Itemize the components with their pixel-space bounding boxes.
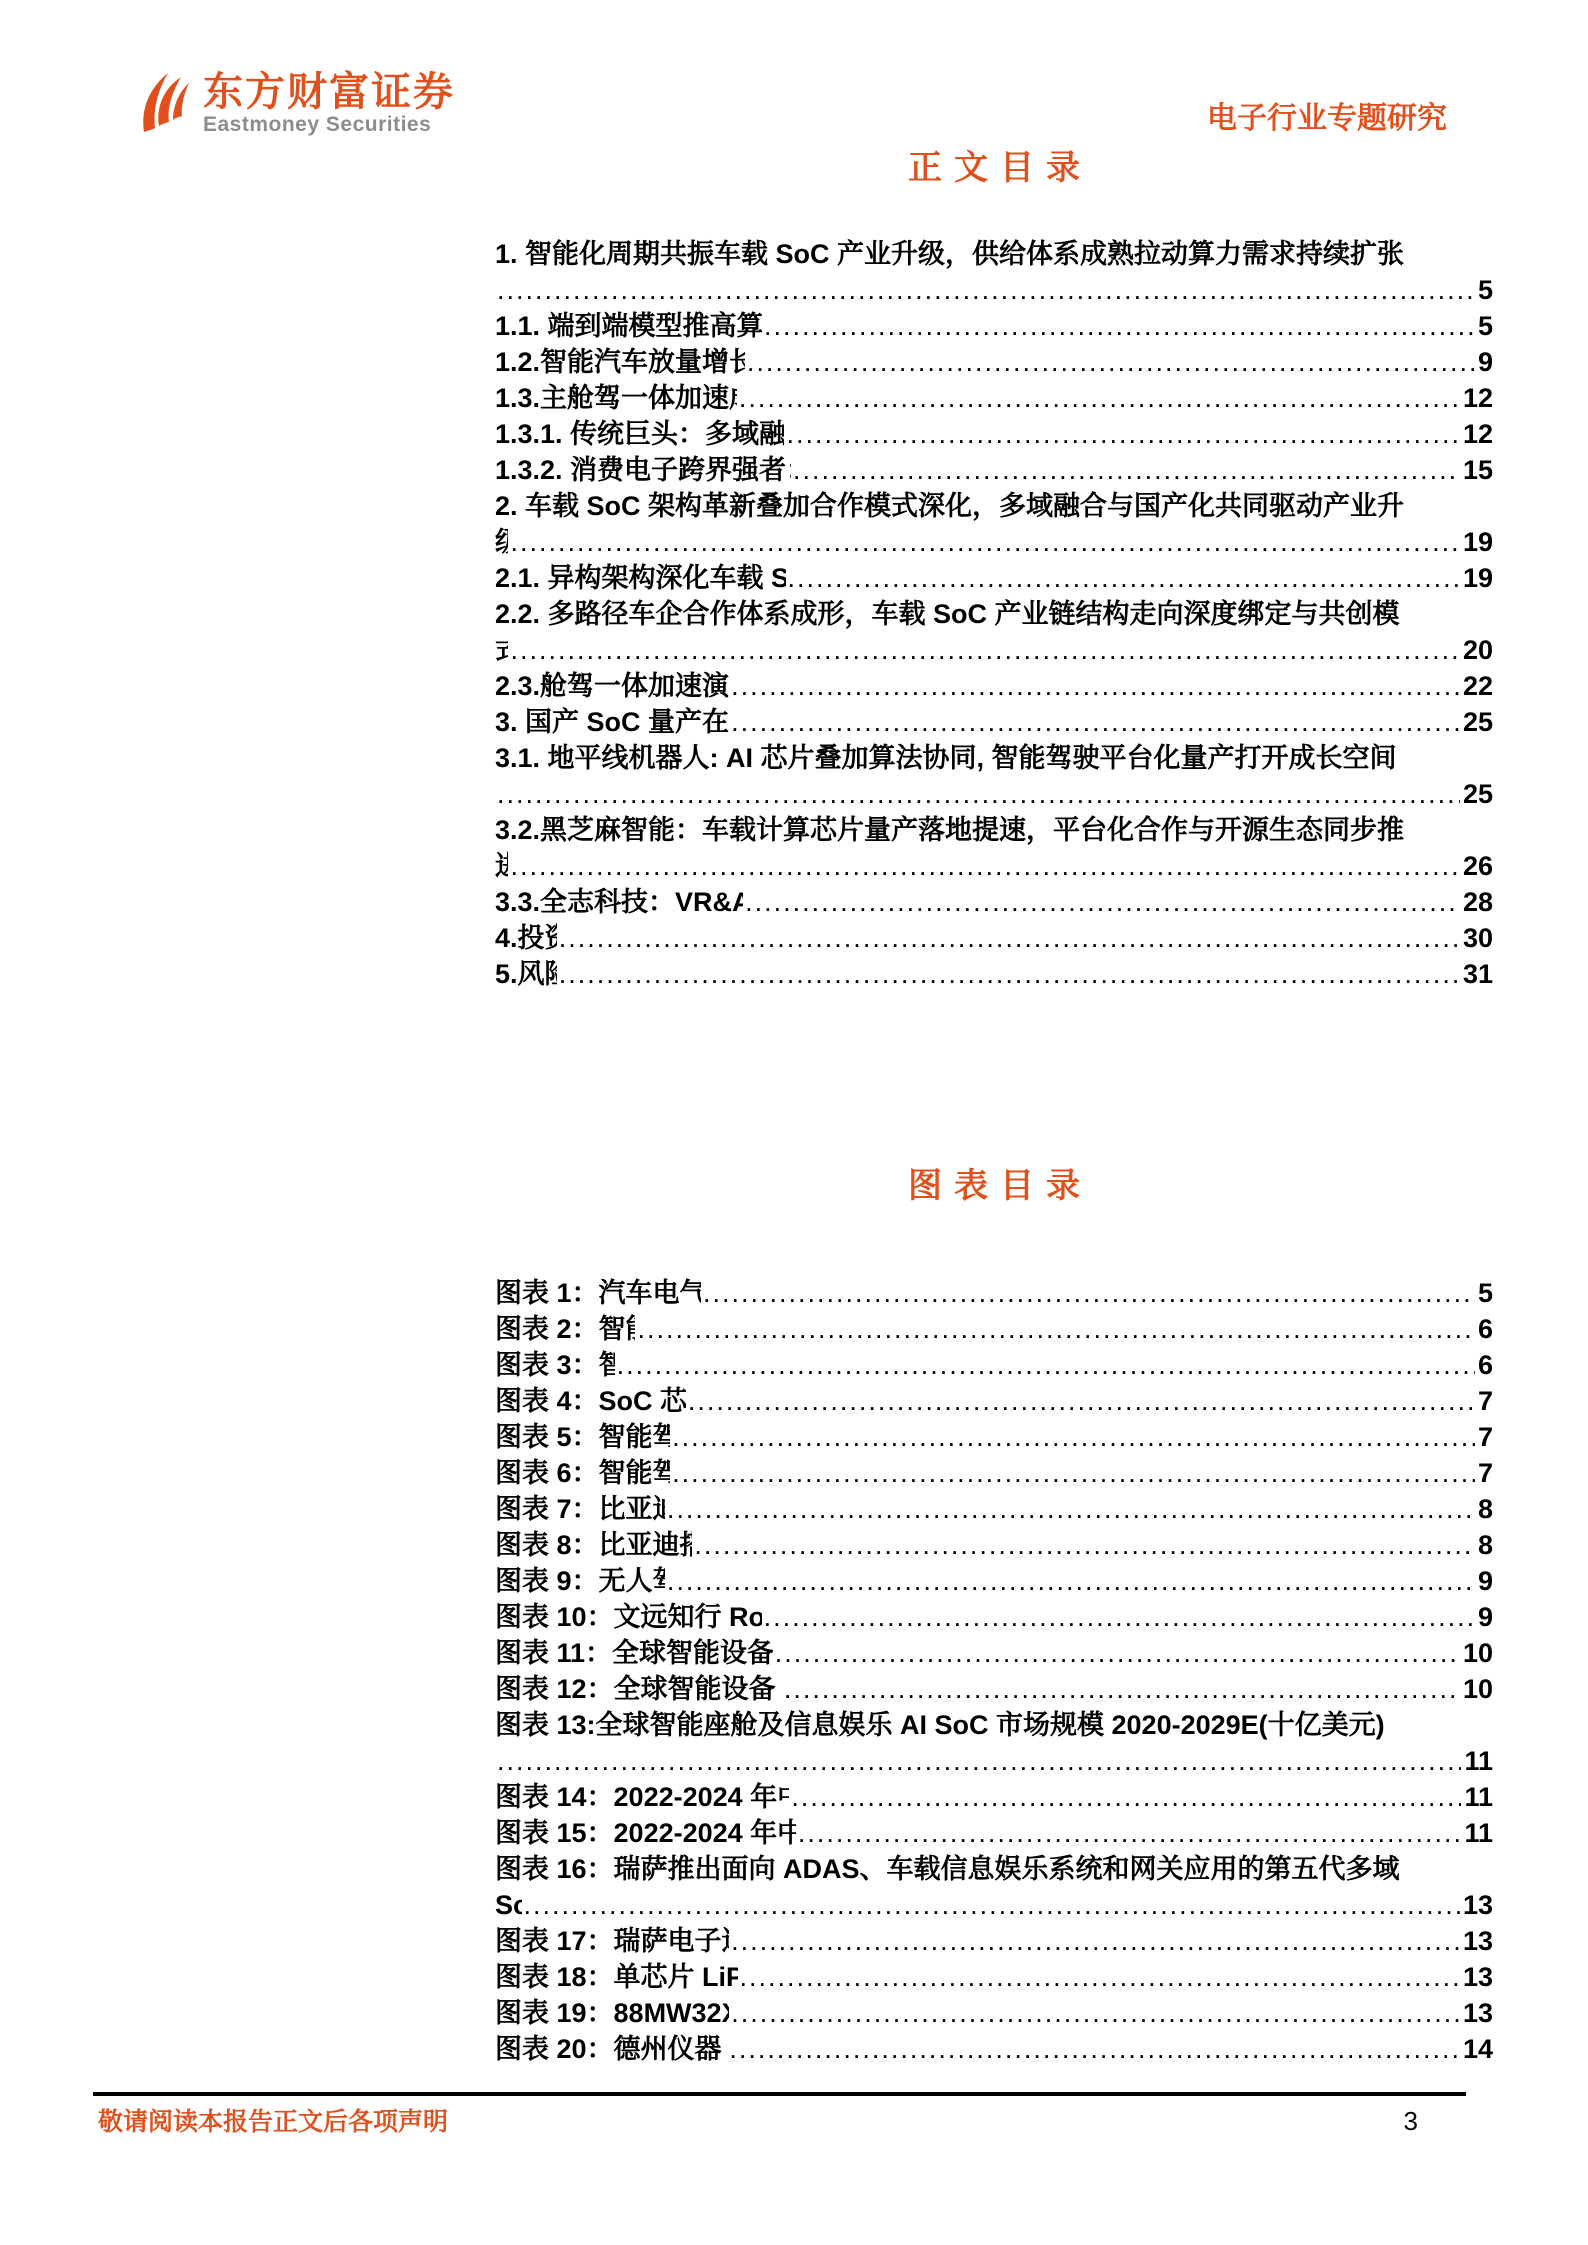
dot-leader (692, 1527, 1475, 1563)
dot-leader (615, 1347, 1475, 1383)
main-toc-section: 正文目录 1. 智能化周期共振车载 SoC 产业升级，供给体系成熟拉动算力需求持… (495, 150, 1493, 992)
figure-entry-text: SoC (495, 1887, 522, 1923)
page-ref: 14 (1460, 2031, 1493, 2067)
dot-leader (508, 848, 1459, 884)
toc-entry[interactable]: 3.2.黑芝麻智能：车载计算芯片量产落地提速，平台化合作与开源生态同步推进26 (495, 812, 1493, 884)
figure-entry[interactable]: 图表 4：SoC 芯片在智能汽车里的应用7 (495, 1383, 1493, 1419)
toc-entry[interactable]: 4.投资建议30 (495, 920, 1493, 956)
figure-entry[interactable]: 图表 8：比亚迪搭载“天神之眼”匹配车型8 (495, 1527, 1493, 1563)
toc-entry[interactable]: 1.3.主舱驾一体加速成型，一芯多屏推动车载交互升级12 (495, 380, 1493, 416)
page-ref: 11 (1461, 1815, 1493, 1851)
footer-page-number: 3 (1404, 2106, 1466, 2137)
toc-entry[interactable]: 2.1. 异构架构深化车载 SoC 性能边界，多模块协同驱动多域融合落地19 (495, 560, 1493, 596)
toc-entry[interactable]: 2. 车载 SoC 架构革新叠加合作模式深化，多域融合与国产化共同驱动产业升级1… (495, 488, 1493, 560)
figure-entry[interactable]: 图表 13:全球智能座舱及信息娱乐 AI SoC 市场规模 2020-2029E… (495, 1707, 1493, 1779)
toc-entry[interactable]: 3. 国产 SoC 量产在即：性能迭代与商业确定性增强25 (495, 704, 1493, 740)
toc-entry[interactable]: 1.2.智能汽车放量增长，汽车电子与 SoC 需求同步扩容9 (495, 344, 1493, 380)
toc-entry[interactable]: 1.3.1. 传统巨头：多域融合持续深化，车载 SoC 平台化能力全面强化12 (495, 416, 1493, 452)
brand-name-en: Eastmoney Securities (203, 114, 455, 136)
toc-entry[interactable]: 2.3.舱驾一体加速演进，一芯多屏重塑座舱交互范式22 (495, 668, 1493, 704)
figure-entry[interactable]: 图表 10：文远知行 Robotaxi 在全球 4 个国家 9 个城市落地9 (495, 1599, 1493, 1635)
page-ref: 25 (1460, 776, 1493, 812)
dot-leader (729, 704, 1460, 740)
main-toc-title: 正文目录 (495, 150, 1493, 188)
page-ref: 6 (1475, 1347, 1493, 1383)
toc-entry[interactable]: 1.1. 端到端模型推高算力门槛，车载 SoC 进入高集成加速期5 (495, 308, 1493, 344)
toc-entry-text: 3. 国产 SoC 量产在即：性能迭代与商业确定性增强 (495, 704, 729, 740)
page-ref: 9 (1475, 344, 1493, 380)
page-ref: 7 (1475, 1455, 1493, 1491)
figure-toc-title: 图表目录 (495, 1168, 1493, 1206)
toc-entry-text: 1.1. 端到端模型推高算力门槛，车载 SoC 进入高集成加速期 (495, 308, 762, 344)
page-ref: 6 (1475, 1311, 1493, 1347)
figure-entry[interactable]: 图表 7：比亚迪“天神之眼”硬件图8 (495, 1491, 1493, 1527)
dot-leader (782, 1671, 1460, 1707)
page-ref: 10 (1460, 1635, 1493, 1671)
figure-entry-text: 图表 11：全球智能设备 SoC 市场规模 2020-2029E（十亿美元） (495, 1635, 773, 1671)
figure-entry-text: 图表 3：智驾三大层级 (495, 1347, 615, 1383)
page-footer: 敬请阅读本报告正文后各项声明 3 (93, 2092, 1466, 2138)
page-ref: 19 (1460, 524, 1493, 560)
dot-leader (495, 272, 1475, 308)
eastmoney-flame-icon (140, 70, 190, 136)
dot-leader (495, 776, 1460, 812)
figure-entry[interactable]: 图表 17：瑞萨电子适合每个细分市场的 R-Car 平台13 (495, 1923, 1493, 1959)
dot-leader (670, 1455, 1475, 1491)
toc-entry[interactable]: 3.3.全志科技：VR&AR 一站式方案与高增业绩驱动发展28 (495, 884, 1493, 920)
page-ref: 25 (1460, 704, 1493, 740)
toc-entry-text: 2.2. 多路径车企合作体系成形，车载 SoC 产业链结构走向深度绑定与共创模 (495, 596, 1493, 632)
dot-leader (508, 524, 1459, 560)
figure-entry-text: 图表 20：德州仪器 DRA821U-Q1 SoC 芯片结构图 (495, 2031, 727, 2067)
dot-leader (557, 920, 1460, 956)
brand-logo: 东方财富证券 Eastmoney Securities (140, 70, 455, 136)
toc-entry[interactable]: 3.1. 地平线机器人: AI 芯片叠加算法协同, 智能驾驶平台化量产打开成长空… (495, 740, 1493, 812)
dot-leader (743, 884, 1460, 920)
dot-leader (727, 2031, 1460, 2067)
figure-entry[interactable]: 图表 20：德州仪器 DRA821U-Q1 SoC 芯片结构图14 (495, 2031, 1493, 2067)
page-ref: 13 (1460, 1887, 1493, 1923)
page-ref: 12 (1460, 380, 1493, 416)
dot-leader (773, 1635, 1460, 1671)
figure-entry-text: 图表 16：瑞萨推出面向 ADAS、车载信息娱乐系统和网关应用的第五代多域 (495, 1851, 1493, 1887)
page-ref: 9 (1475, 1563, 1493, 1599)
toc-entry-text: 1.2.智能汽车放量增长，汽车电子与 SoC 需求同步扩容 (495, 344, 745, 380)
toc-entry-text: 3.2.黑芝麻智能：车载计算芯片量产落地提速，平台化合作与开源生态同步推 (495, 812, 1493, 848)
toc-entry-text: 进 (495, 848, 508, 884)
dot-leader (635, 1311, 1474, 1347)
figure-entry[interactable]: 图表 2：智能驾驶等级分类6 (495, 1311, 1493, 1347)
figure-toc-list: 图表 1：汽车电气架构，由分部到集中发展5图表 2：智能驾驶等级分类6图表 3：… (495, 1275, 1493, 2067)
footer-disclaimer: 敬请阅读本报告正文后各项声明 (98, 2102, 448, 2138)
figure-entry-text: 图表 15：2022-2024 年中国智能汽车座舱 SoC 不同纳米制程出货量占… (495, 1815, 796, 1851)
page-ref: 26 (1460, 848, 1493, 884)
page-ref: 5 (1475, 272, 1493, 308)
dot-leader (701, 1275, 1475, 1311)
dot-leader (665, 1563, 1475, 1599)
brand-name-cn: 东方财富证券 (203, 70, 455, 114)
toc-entry-text: 级 (495, 524, 508, 560)
dot-leader (786, 560, 1460, 596)
toc-entry-text: 2.3.舱驾一体加速演进，一芯多屏重塑座舱交互范式 (495, 668, 729, 704)
page-ref: 20 (1460, 632, 1493, 668)
page-ref: 7 (1475, 1383, 1493, 1419)
figure-entry[interactable]: 图表 15：2022-2024 年中国智能汽车座舱 SoC 不同纳米制程出货量占… (495, 1815, 1493, 1851)
toc-entry-text: 1.3.2. 消费电子跨界强者：舱驾融合路径清晰，高算力智驾 SoC 平台化 (495, 452, 791, 488)
dot-leader (729, 668, 1460, 704)
figure-entry[interactable]: 图表 9：无人驾驶多元化应用场景9 (495, 1563, 1493, 1599)
toc-entry[interactable]: 1. 智能化周期共振车载 SoC 产业升级，供给体系成熟拉动算力需求持续扩张5 (495, 236, 1493, 308)
figure-entry-text: 图表 19：88MW32X 802.11n Wi-Fi®微控制器 SoC (495, 1995, 729, 2031)
figure-entry-text: 图表 13:全球智能座舱及信息娱乐 AI SoC 市场规模 2020-2029E… (495, 1707, 1493, 1743)
dot-leader (762, 1599, 1475, 1635)
page-ref: 9 (1475, 1599, 1493, 1635)
dot-leader (729, 1995, 1460, 2031)
dot-leader (729, 1923, 1460, 1959)
page-ref: 28 (1460, 884, 1493, 920)
footer-divider (93, 2092, 1466, 2096)
figure-entry[interactable]: 图表 6：智能驾驶 SoC 芯片结构图7 (495, 1455, 1493, 1491)
dot-leader (762, 308, 1475, 344)
page-ref: 12 (1460, 416, 1493, 452)
dot-leader (745, 344, 1475, 380)
page-ref: 11 (1461, 1743, 1493, 1779)
page-ref: 19 (1460, 560, 1493, 596)
toc-entry-text: 2. 车载 SoC 架构革新叠加合作模式深化，多域融合与国产化共同驱动产业升 (495, 488, 1493, 524)
dot-leader (796, 1815, 1462, 1851)
figure-entry-text: 图表 6：智能驾驶 SoC 芯片结构图 (495, 1455, 670, 1491)
brand-text: 东方财富证券 Eastmoney Securities (203, 70, 455, 136)
dot-leader (670, 1419, 1475, 1455)
dot-leader (522, 1887, 1460, 1923)
dot-leader (495, 1743, 1461, 1779)
report-page: 东方财富证券 Eastmoney Securities 电子行业专题研究 正文目… (0, 0, 1588, 2245)
page-ref: 15 (1460, 452, 1493, 488)
figure-entry[interactable]: 图表 3：智驾三大层级6 (495, 1347, 1493, 1383)
toc-entry-text: 4.投资建议 (495, 920, 557, 956)
figure-entry[interactable]: 图表 14：2022-2024 年中国智能汽车座舱 SoC 出货量趋势（按厂商）… (495, 1779, 1493, 1815)
figure-entry[interactable]: 图表 5：智能驾驶 SoC 芯片结构图7 (495, 1419, 1493, 1455)
dot-leader (791, 452, 1460, 488)
figure-entry-text: 图表 17：瑞萨电子适合每个细分市场的 R-Car 平台 (495, 1923, 729, 1959)
dot-leader (789, 1779, 1461, 1815)
figure-entry-text: 图表 18：单芯片 LiP 77GHz RFCMOS 汽车雷达 SoC (495, 1959, 738, 1995)
toc-entry-text: 式 (495, 632, 508, 668)
figure-entry[interactable]: 图表 1：汽车电气架构，由分部到集中发展5 (495, 1275, 1493, 1311)
page-ref: 8 (1475, 1527, 1493, 1563)
dot-leader (737, 380, 1460, 416)
figure-entry[interactable]: 图表 11：全球智能设备 SoC 市场规模 2020-2029E（十亿美元）10 (495, 1635, 1493, 1671)
figure-entry-text: 图表 5：智能驾驶 SoC 芯片结构图 (495, 1419, 670, 1455)
toc-entry[interactable]: 2.2. 多路径车企合作体系成形，车载 SoC 产业链结构走向深度绑定与共创模式… (495, 596, 1493, 668)
toc-entry-text: 1.3.1. 传统巨头：多域融合持续深化，车载 SoC 平台化能力全面强化 (495, 416, 784, 452)
page-header: 东方财富证券 Eastmoney Securities 电子行业专题研究 (0, 0, 1588, 160)
figure-entry-text: 图表 10：文远知行 Robotaxi 在全球 4 个国家 9 个城市落地 (495, 1599, 762, 1635)
page-ref: 13 (1460, 1959, 1493, 1995)
figure-entry-text: 图表 12：全球智能设备 AI SoC 市场规模 2020-2029E（十亿美元… (495, 1671, 782, 1707)
report-type-label: 电子行业专题研究 (1207, 93, 1447, 137)
page-ref: 13 (1460, 1923, 1493, 1959)
figure-entry[interactable]: 图表 16：瑞萨推出面向 ADAS、车载信息娱乐系统和网关应用的第五代多域SoC… (495, 1851, 1493, 1923)
toc-entry[interactable]: 1.3.2. 消费电子跨界强者：舱驾融合路径清晰，高算力智驾 SoC 平台化15 (495, 452, 1493, 488)
figure-entry-text: 图表 7：比亚迪“天神之眼”硬件图 (495, 1491, 665, 1527)
figure-entry-text: 图表 9：无人驾驶多元化应用场景 (495, 1563, 665, 1599)
page-ref: 5 (1475, 308, 1493, 344)
page-ref: 11 (1461, 1779, 1493, 1815)
toc-entry-text: 2.1. 异构架构深化车载 SoC 性能边界，多模块协同驱动多域融合落地 (495, 560, 786, 596)
figure-entry[interactable]: 图表 12：全球智能设备 AI SoC 市场规模 2020-2029E（十亿美元… (495, 1671, 1493, 1707)
dot-leader (686, 1383, 1475, 1419)
toc-entry[interactable]: 5.风险提示31 (495, 956, 1493, 992)
figure-entry-text: 图表 14：2022-2024 年中国智能汽车座舱 SoC 出货量趋势（按厂商） (495, 1779, 789, 1815)
dot-leader (738, 1959, 1460, 1995)
page-ref: 22 (1460, 668, 1493, 704)
toc-entry-text: 1.3.主舱驾一体加速成型，一芯多屏推动车载交互升级 (495, 380, 737, 416)
page-ref: 10 (1460, 1671, 1493, 1707)
figure-entry-text: 图表 1：汽车电气架构，由分部到集中发展 (495, 1275, 701, 1311)
figure-toc-section: 图表目录 图表 1：汽车电气架构，由分部到集中发展5图表 2：智能驾驶等级分类6… (495, 1168, 1493, 2067)
figure-entry[interactable]: 图表 18：单芯片 LiP 77GHz RFCMOS 汽车雷达 SoC13 (495, 1959, 1493, 1995)
dot-leader (784, 416, 1460, 452)
page-ref: 13 (1460, 1995, 1493, 2031)
page-ref: 7 (1475, 1419, 1493, 1455)
page-ref: 8 (1475, 1491, 1493, 1527)
toc-entry-text: 5.风险提示 (495, 956, 557, 992)
dot-leader (508, 632, 1459, 668)
page-ref: 31 (1460, 956, 1493, 992)
toc-entry-text: 1. 智能化周期共振车载 SoC 产业升级，供给体系成熟拉动算力需求持续扩张 (495, 236, 1493, 272)
figure-entry-text: 图表 4：SoC 芯片在智能汽车里的应用 (495, 1383, 686, 1419)
toc-entry-text: 3.3.全志科技：VR&AR 一站式方案与高增业绩驱动发展 (495, 884, 743, 920)
toc-entry-text: 3.1. 地平线机器人: AI 芯片叠加算法协同, 智能驾驶平台化量产打开成长空… (495, 740, 1493, 776)
dot-leader (665, 1491, 1475, 1527)
page-ref: 5 (1475, 1275, 1493, 1311)
page-ref: 30 (1460, 920, 1493, 956)
figure-entry-text: 图表 8：比亚迪搭载“天神之眼”匹配车型 (495, 1527, 692, 1563)
figure-entry[interactable]: 图表 19：88MW32X 802.11n Wi-Fi®微控制器 SoC13 (495, 1995, 1493, 2031)
figure-entry-text: 图表 2：智能驾驶等级分类 (495, 1311, 635, 1347)
main-toc-list: 1. 智能化周期共振车载 SoC 产业升级，供给体系成熟拉动算力需求持续扩张51… (495, 236, 1493, 992)
dot-leader (557, 956, 1460, 992)
